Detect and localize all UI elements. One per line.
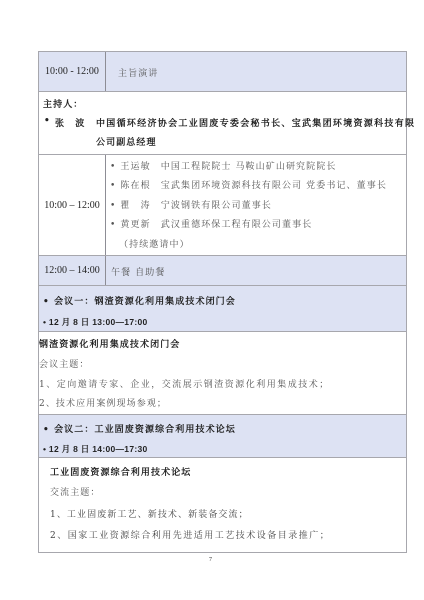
meeting1-theme-label: 会议主题：: [39, 357, 90, 370]
keynote-row: 10:00 - 12:00 主旨演讲: [39, 52, 406, 91]
speaker-item: • 瞿 涛 宁波钢铁有限公司董事长: [110, 198, 272, 211]
speaker-item: • 黄更新 武汉重德环保工程有限公司董事长: [110, 217, 312, 230]
meeting1-point: 1、定向邀请专家、企业，交流展示钢渣资源化利用集成技术；: [39, 377, 330, 390]
meeting2-point: 2、国家工业资源综合利用先进适用工艺技术设备目录推广；: [50, 528, 330, 541]
host-row: 主持人： • 张 波 中国循环经济协会工业固废专委会秘书长、宝武集团环境资源科技…: [39, 91, 406, 154]
speaker-item: • 陈在根 宝武集团环境资源科技有限公司 党委书记、董事长: [110, 178, 387, 191]
meeting2-date: • 12 月 8 日 14:00—17:30: [43, 443, 148, 455]
keynote-title: 主旨演讲: [118, 66, 158, 79]
agenda-table: 10:00 - 12:00 主旨演讲 主持人： • 张 波 中国循环经济协会工业…: [38, 51, 407, 553]
speakers-time: 10:00 – 12:00: [39, 155, 106, 255]
host-title-line1: 中国循环经济协会工业固废专委会秘书长、宝武集团环境资源科技有限: [96, 116, 415, 129]
meeting2-theme-label: 交流主题：: [50, 485, 101, 498]
bullet-icon: •: [44, 116, 51, 126]
meeting1-point: 2、技术应用案例现场参观；: [39, 396, 167, 409]
meeting1-date: • 12 月 8 日 13:00—17:00: [43, 316, 148, 328]
meeting2-point: 1、工业固废新工艺、新技术、新装备交流；: [50, 507, 249, 520]
meeting1-content: 钢渣资源化利用集成技术闭门会 会议主题： 1、定向邀请专家、企业，交流展示钢渣资…: [39, 331, 406, 414]
host-title-line2: 公司副总经理: [96, 135, 157, 148]
speakers-note: （持续邀请中）: [119, 237, 190, 250]
meeting1-content-title: 钢渣资源化利用集成技术闭门会: [39, 337, 180, 350]
meeting1-heading: • 会议一：钢渣资源化利用集成技术闭门会: [43, 294, 236, 307]
lunch-title: 午餐 自助餐: [111, 265, 165, 278]
lunch-time: 12:00 – 14:00: [39, 256, 106, 285]
meeting2-content-title: 工业固废资源综合利用技术论坛: [50, 465, 191, 478]
meeting2-content: 工业固废资源综合利用技术论坛 交流主题： 1、工业固废新工艺、新技术、新装备交流…: [39, 457, 406, 552]
speaker-item: • 王运敏 中国工程院院士 马鞍山矿山研究院院长: [110, 159, 336, 172]
speakers-row: 10:00 – 12:00 • 王运敏 中国工程院院士 马鞍山矿山研究院院长 •…: [39, 154, 406, 255]
meeting2-heading: • 会议二：工业固废资源综合利用技术论坛: [43, 422, 236, 435]
meeting1-header: • 会议一：钢渣资源化利用集成技术闭门会 • 12 月 8 日 13:00—17…: [39, 285, 406, 331]
host-name: 张 波: [55, 116, 85, 129]
keynote-time: 10:00 - 12:00: [39, 52, 106, 91]
host-label: 主持人：: [43, 97, 83, 110]
page-number: 7: [209, 557, 212, 563]
lunch-row: 12:00 – 14:00 午餐 自助餐: [39, 255, 406, 285]
meeting2-header: • 会议二：工业固废资源综合利用技术论坛 • 12 月 8 日 14:00—17…: [39, 414, 406, 457]
